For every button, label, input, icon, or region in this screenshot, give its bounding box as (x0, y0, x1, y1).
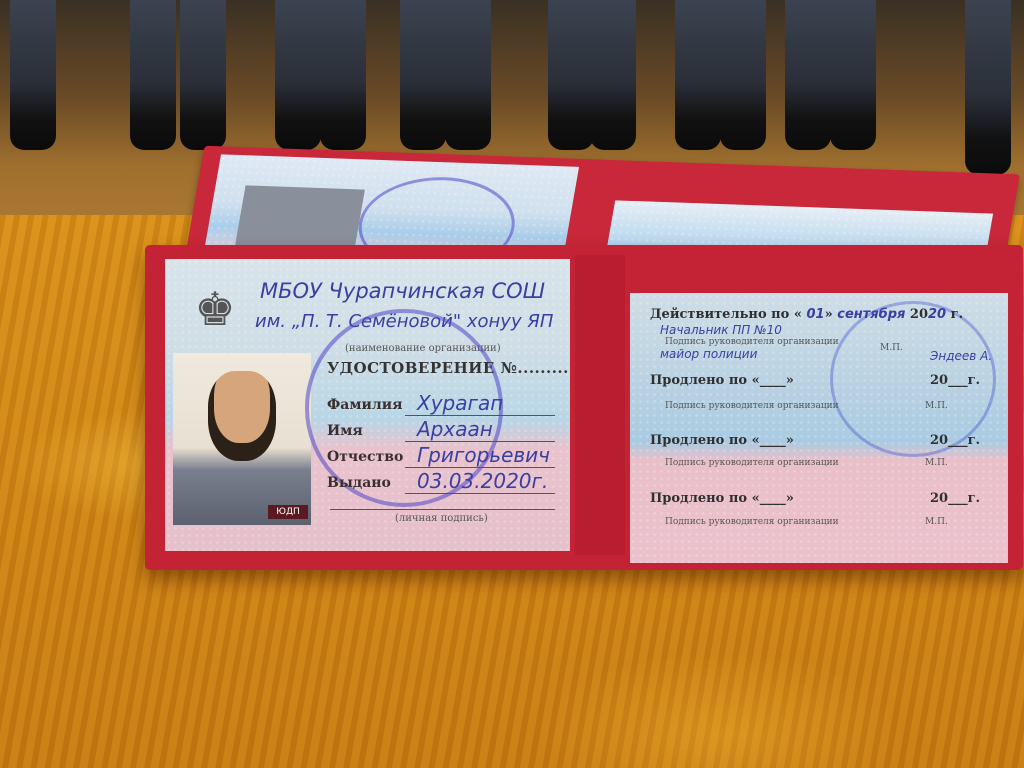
patronymic-value: Григорьевич (417, 443, 550, 467)
cadet-leg (830, 0, 876, 150)
extension-row-1: Продлено по «____» (650, 373, 794, 388)
signer-rank: майор полиции (660, 347, 757, 361)
issued-value: 03.03.2020г. (417, 469, 548, 493)
signer-title: Начальник ПП №10 (660, 323, 782, 337)
extension-row-3: Продлено по «____» (650, 491, 794, 506)
cadet-leg (785, 0, 831, 150)
surname-value: Хурагап (417, 391, 503, 415)
photo-badge: ЮДП (268, 505, 308, 519)
signature-caption: (личная подпись) (395, 513, 488, 524)
holder-face (208, 371, 276, 461)
field-name: Имя Архаан (327, 423, 363, 439)
holder-photo: ЮДП (173, 353, 311, 525)
organization-name-line1: МБОУ Чурапчинская СОШ (260, 279, 545, 303)
certificate-title: УДОСТОВЕРЕНИЕ №......... (327, 359, 569, 377)
cadet-leg (548, 0, 594, 150)
coat-of-arms-icon: ♚ (185, 279, 245, 339)
cadet-leg (590, 0, 636, 150)
cadet-leg (130, 0, 176, 150)
cadet-leg (10, 0, 56, 150)
name-value: Архаан (417, 417, 493, 441)
booklet-spine (575, 255, 625, 555)
extension-row-2: Продлено по «____» (650, 433, 794, 448)
field-issued: Выдано 03.03.2020г. (327, 475, 391, 491)
cadet-leg (180, 0, 226, 150)
field-surname: Фамилия Хурагап (327, 397, 403, 413)
cadet-leg (275, 0, 321, 150)
field-patronymic: Отчество Григорьевич (327, 449, 403, 465)
cadet-leg (965, 0, 1011, 175)
cadet-leg (400, 0, 446, 150)
certificate-left-page: ♚ МБОУ Чурапчинская СОШ им. „П. Т. Семён… (165, 259, 570, 551)
signer-caption: Подпись руководителя организации (665, 337, 839, 347)
cadet-leg (320, 0, 366, 150)
cadet-leg (675, 0, 721, 150)
certificate-right-page: Действительно по « 01» сентября 2020 г. … (630, 293, 1008, 563)
valid-until-row: Действительно по « 01» сентября 2020 г. (650, 307, 963, 322)
cadet-leg (720, 0, 766, 150)
cadet-leg (445, 0, 491, 150)
id-booklet: ♚ МБОУ Чурапчинская СОШ им. „П. Т. Семён… (145, 245, 1023, 570)
signature: Эндеев А. (930, 349, 992, 363)
